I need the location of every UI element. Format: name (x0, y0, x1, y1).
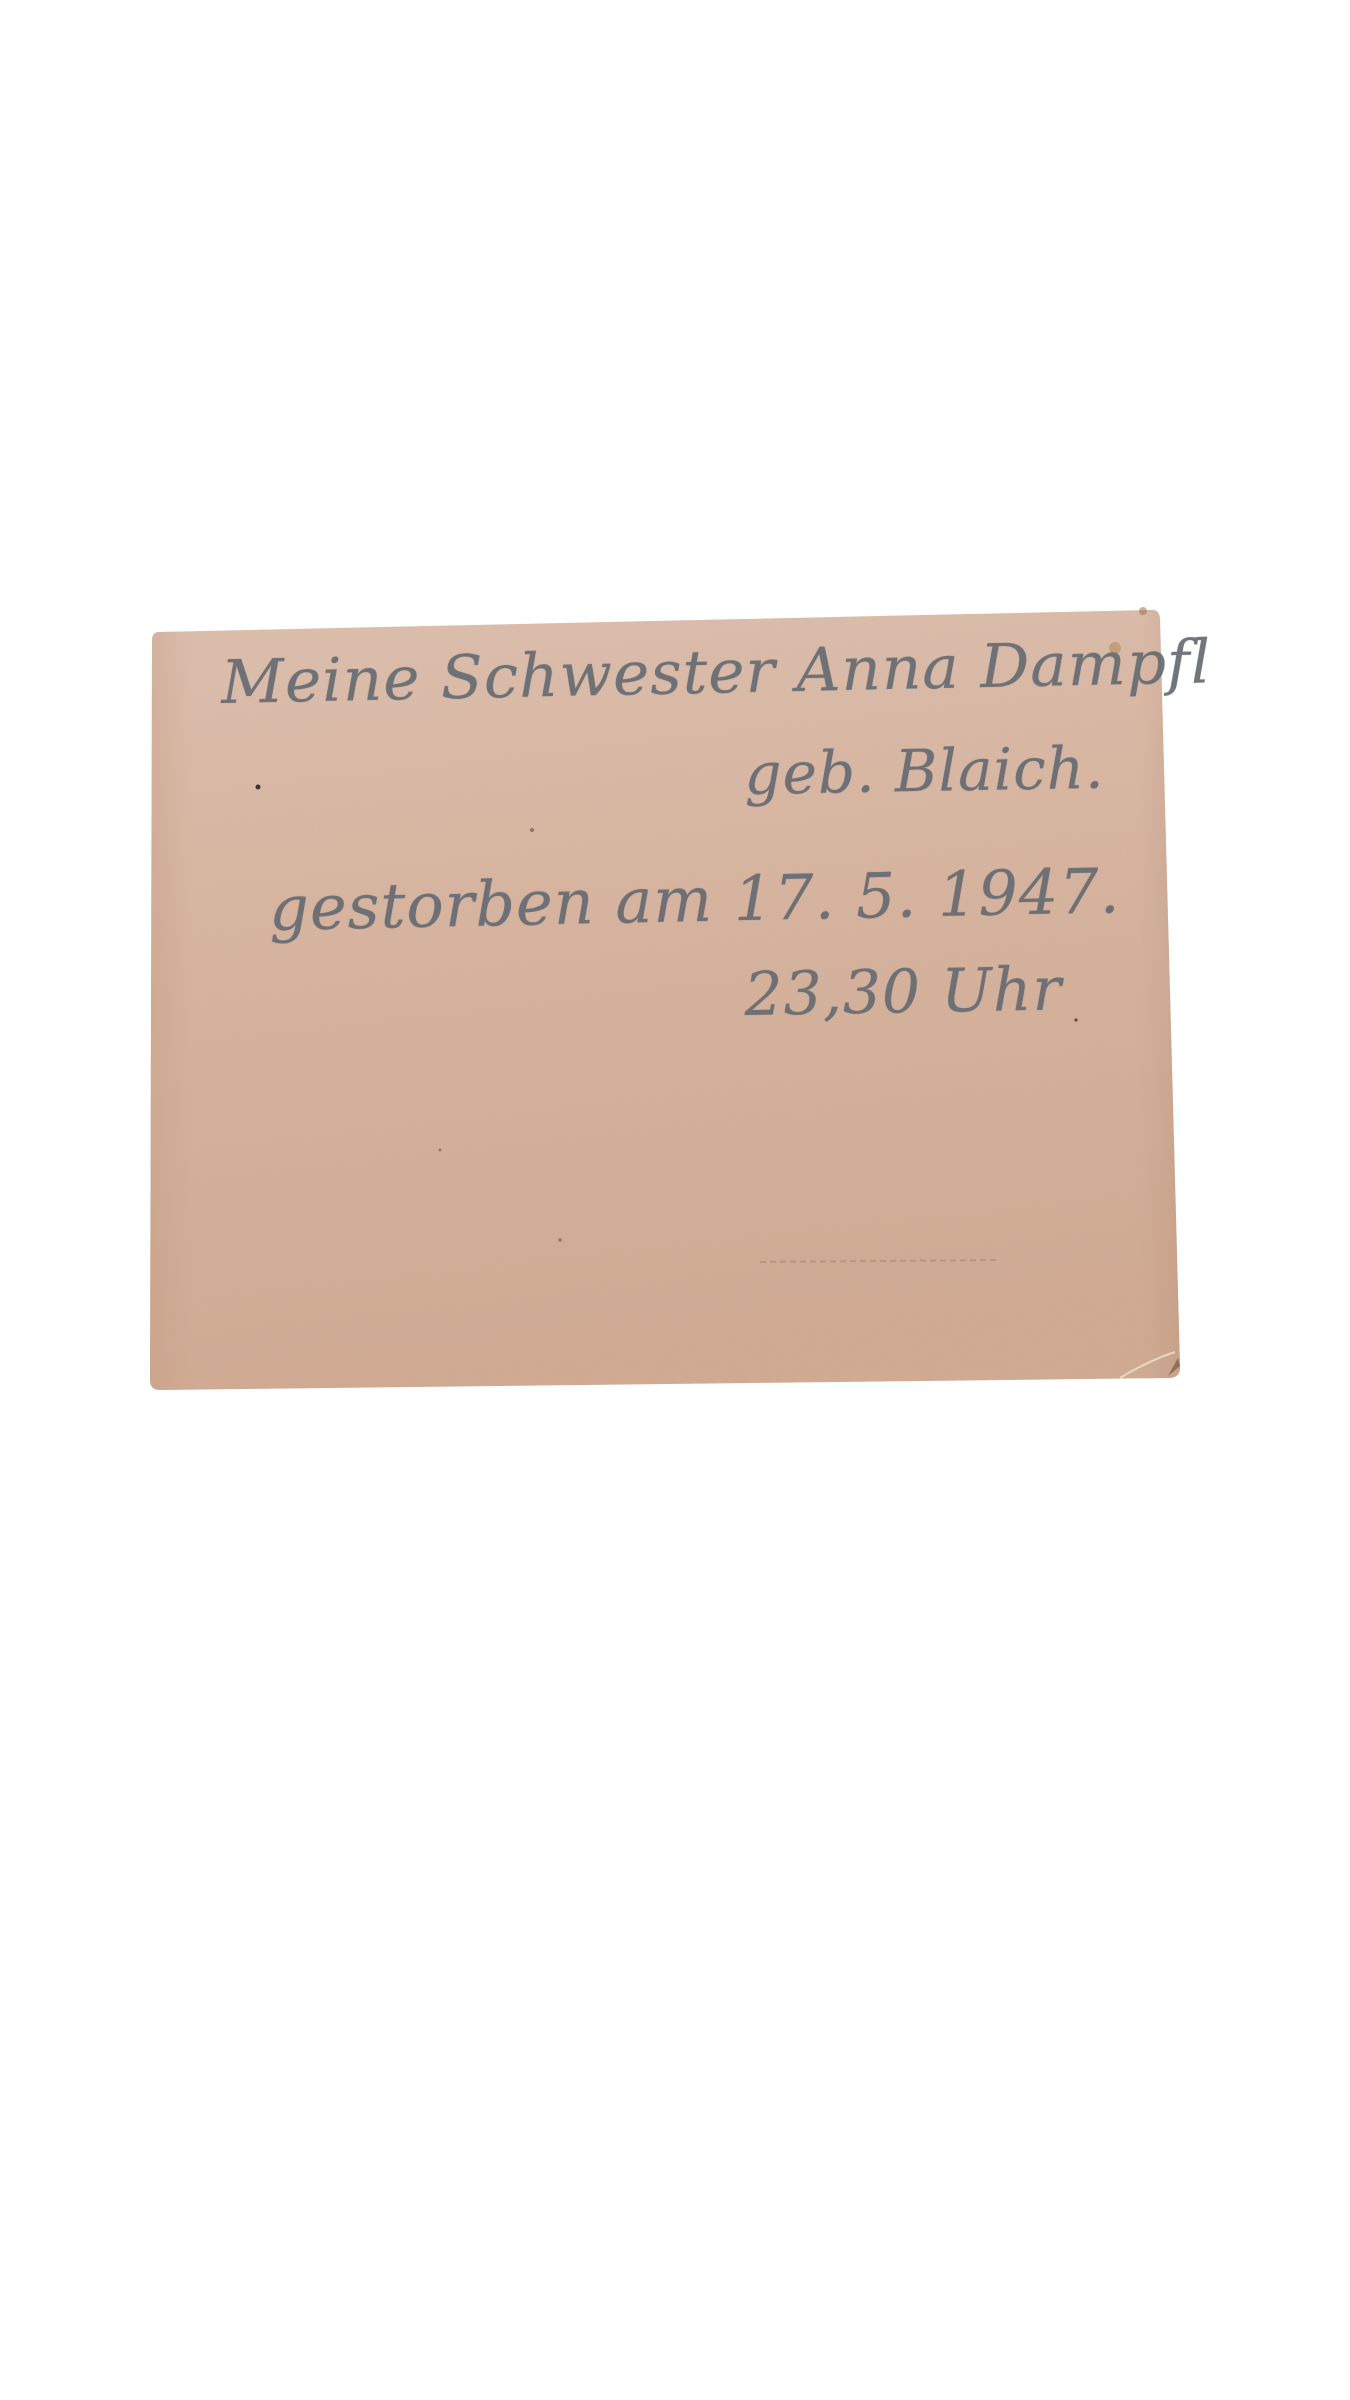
handwritten-line-maiden-name: geb. Blaich. (744, 734, 1105, 808)
handwritten-line-death-time: 23,30 Uhr (744, 954, 1063, 1030)
card-graphic (0, 0, 1350, 2400)
scan-canvas: Meine Schwester Anna Dampfl geb. Blaich.… (0, 0, 1350, 2400)
